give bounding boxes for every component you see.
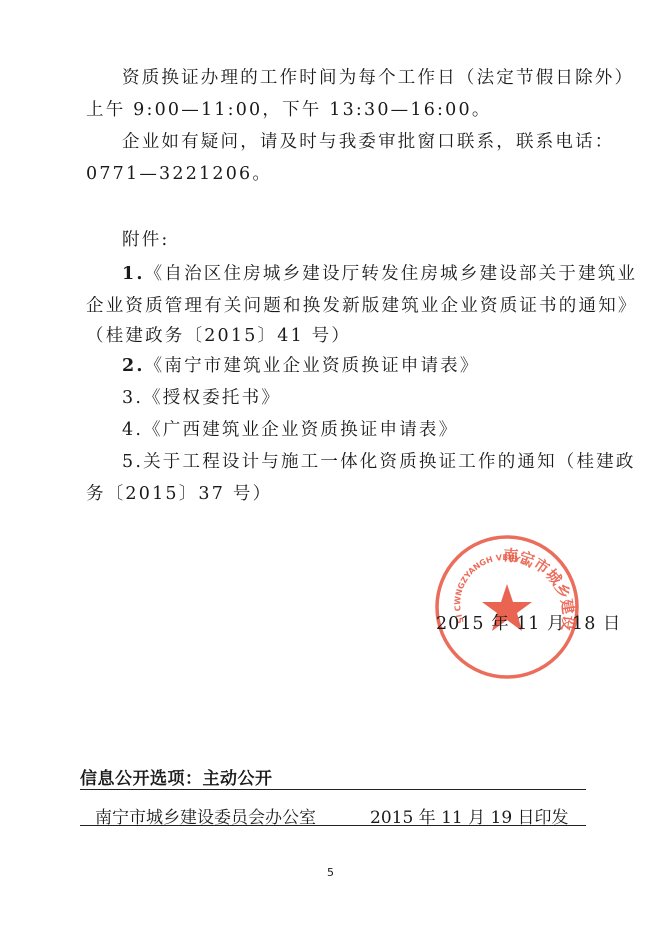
disclosure-option: 信息公开选项：主动公开 [80,764,273,789]
attachment-3: 3.《授权委托书》 [122,384,281,409]
attachments-label: 附件: [122,226,170,251]
paragraph-hours-cont: 上午 9:00—11:00，下午 13:30—16:00。 [86,96,492,121]
paragraph-phone: 0771—3221206。 [86,160,272,185]
attachment-5: 5.关于工程设计与施工一体化资质换证工作的通知（桂建政 [122,448,636,473]
attachment-1-cont: 企业资质管理有关问题和换发新版建筑业企业资质证书的通知》 [86,292,638,317]
footer-divider-top [80,789,586,790]
attachment-2: 2.《南宁市建筑业企业资质换证申请表》 [122,352,480,377]
paragraph-contact: 企业如有疑问，请及时与我委审批窗口联系，联系电话： [122,128,615,153]
attachment-1-ref: （桂建政务〔2015〕41 号） [86,322,351,347]
attachment-5-cont: 务〔2015〕37 号） [86,480,272,505]
attachment-1: 1.《自治区住房城乡建设厅转发住房城乡建设部关于建筑业 [122,260,637,285]
paragraph-hours: 资质换证办理的工作时间为每个工作日（法定节假日除外） [122,64,634,89]
footer-divider-bottom [80,825,586,826]
signature-date: 2015 年 11 月 18 日 [436,610,621,635]
official-seal-icon: 南宁市城乡建设委员会 SI CWNGZYANGH VEIJYENZVEI [432,532,582,682]
attachment-4: 4.《广西建筑业企业资质换证申请表》 [122,416,458,441]
page-number: 5 [327,866,334,879]
